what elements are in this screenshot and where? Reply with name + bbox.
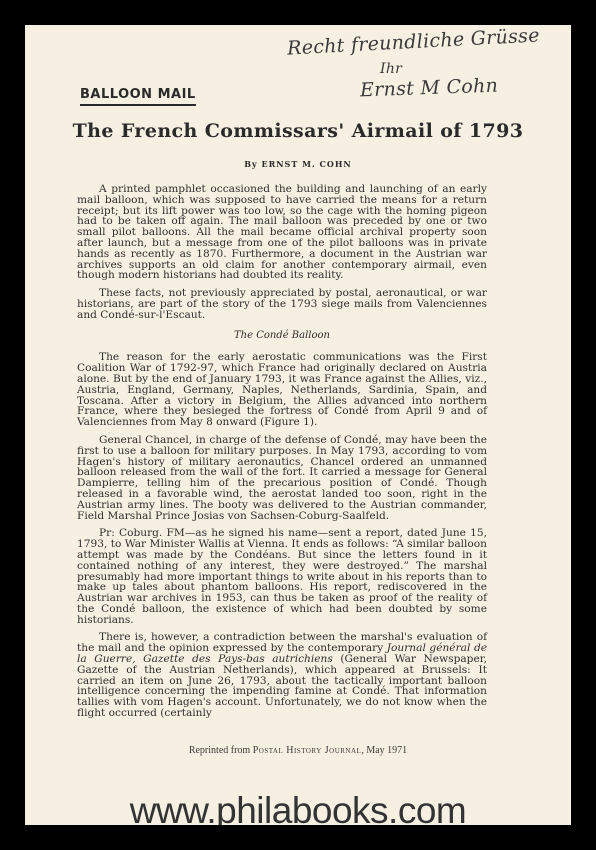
paragraph-intro: A printed pamphlet occasioned the buildi… <box>77 184 487 281</box>
article-title: The French Commissars' Airmail of 1793 <box>25 120 571 142</box>
paragraph-facts: These facts, not previously appreciated … <box>77 288 487 320</box>
paragraph-contradiction: There is, however, a contradiction betwe… <box>77 632 487 718</box>
handwritten-signature: Ernst M Cohn <box>360 75 499 102</box>
watermark-url: www.philabooks.com <box>25 791 571 825</box>
byline: By ERNST M. COHN <box>25 159 571 169</box>
document-page: Recht freundliche Grüsse Ihr Ernst M Coh… <box>25 25 571 825</box>
section-subheading: The Condé Balloon <box>77 331 487 342</box>
paragraph-text: (General War Newspaper, Gazette of the A… <box>77 653 487 719</box>
reprint-prefix: Reprinted from <box>189 745 253 756</box>
section-label: BALLOON MAIL <box>80 87 196 106</box>
paragraph-coburg-report: Pr: Coburg. FM—as he signed his name—sen… <box>77 528 487 625</box>
paragraph-chancel: General Chancel, in charge of the defens… <box>77 435 487 521</box>
reprint-suffix: , May 1971 <box>361 745 407 756</box>
article-body: A printed pamphlet occasioned the buildi… <box>77 184 487 726</box>
reprint-journal: Postal History Journal <box>253 745 362 756</box>
handwritten-ihr: Ihr <box>380 61 402 77</box>
handwritten-greeting: Recht freundliche Grüsse <box>287 25 541 60</box>
paragraph-coalition-war: The reason for the early aerostatic comm… <box>77 352 487 428</box>
reprint-note: Reprinted from Postal History Journal, M… <box>25 745 571 756</box>
